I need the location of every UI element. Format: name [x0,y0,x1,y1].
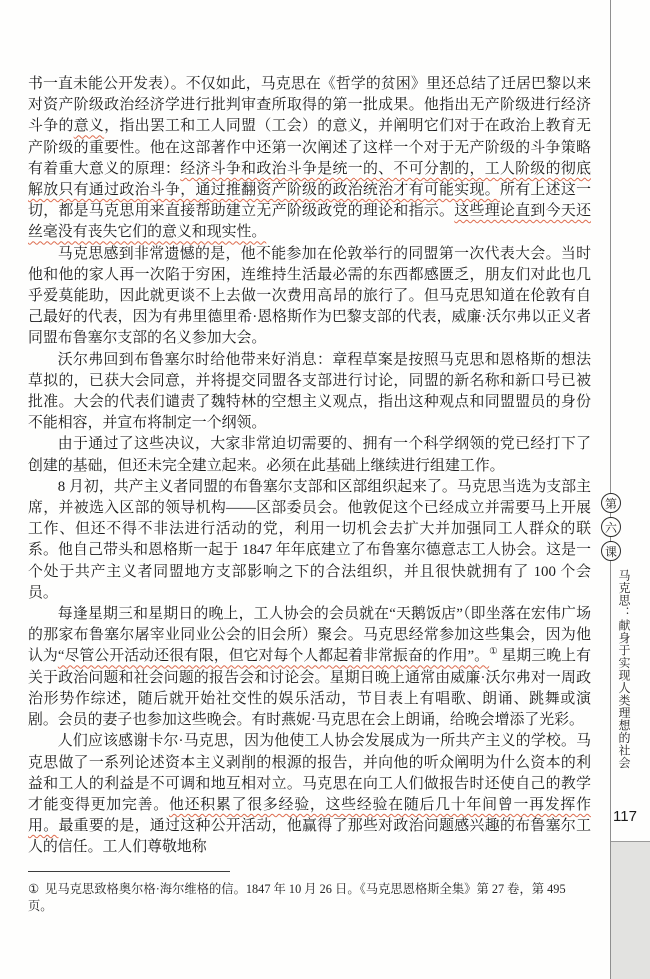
paragraph: 人们应该感谢卡尔·马克思，因为他使工人协会发展成为一所共产主义的学校。马克思做了… [28,731,591,858]
book-page: 书一直未能公开发表）。不仅如此，马克思在《哲学的贫困》里还总结了迁居巴黎以来对资… [0,0,650,979]
body-text: 由于通过了这些决议，大家非常迫切需要的、拥有一个科学纲领的党已经打下了创建的基础… [28,436,591,473]
article-text: 书一直未能公开发表）。不仅如此，马克思在《哲学的贫困》里还总结了迁居巴黎以来对资… [28,74,591,866]
chapter-title-vertical: 马克思：献身于实现人类理想的社会 [616,569,633,799]
lesson-badge: 第六课 [599,493,623,561]
body-text: 最重要的是，通过这种公开活动，他赢得了那些对政治问题感兴趣的布鲁塞尔工人的信任。… [28,818,591,855]
highlighted-text: 意义 [74,118,104,134]
lesson-badge-char: 六 [601,517,621,537]
lesson-badge-char: 课 [601,541,621,561]
paragraph: 8 月初，共产主义者同盟的布鲁塞尔支部和区部组织起来了。马克思当选为支部主席，并… [28,477,591,604]
footnote: ①见马克思致格奥尔格·海尔维格的信。1847 年 10 月 26 日。《马克思恩… [28,881,590,915]
sidebar-divider [610,0,611,979]
footnote-divider [28,871,230,872]
footnote-reference: ① [489,648,498,658]
footnote-marker: ① [28,882,39,896]
paragraph: 书一直未能公开发表）。不仅如此，马克思在《哲学的贫困》里还总结了迁居巴黎以来对资… [28,74,591,244]
body-text: 沃尔弗回到布鲁塞尔时给他带来好消息：章程草案是按照马克思和恩格斯的想法草拟的，已… [28,352,591,432]
paragraph: 每逢星期三和星期日的晚上，工人协会的会员就在“天鹅饭店”（即坐落在宏伟广场的那家… [28,604,591,731]
footnote-text: 见马克思致格奥尔格·海尔维格的信。1847 年 10 月 26 日。《马克思恩格… [28,882,566,913]
highlighted-text: “尽管公开活动还很有限，但它对每个人都起着非常振奋的作用”。 [58,648,489,664]
paragraph: 沃尔弗回到布鲁塞尔时给他带来好消息：章程草案是按照马克思和恩格斯的想法草拟的，已… [28,350,591,435]
lesson-badge-char: 第 [601,493,621,513]
body-text: 8 月初，共产主义者同盟的布鲁塞尔支部和区部组织起来了。马克思当选为支部主席，并… [28,479,591,601]
paragraph: 由于通过了这些决议，大家非常迫切需要的、拥有一个科学纲领的党已经打下了创建的基础… [28,434,591,476]
body-text: 马克思感到非常遗憾的是，他不能参加在伦敦举行的同盟第一次代表大会。当时他和他的家… [28,246,591,347]
page-number: 117 [604,808,646,825]
page-corner-shade [611,841,650,979]
paragraph: 马克思感到非常遗憾的是，他不能参加在伦敦举行的同盟第一次代表大会。当时他和他的家… [28,244,591,350]
